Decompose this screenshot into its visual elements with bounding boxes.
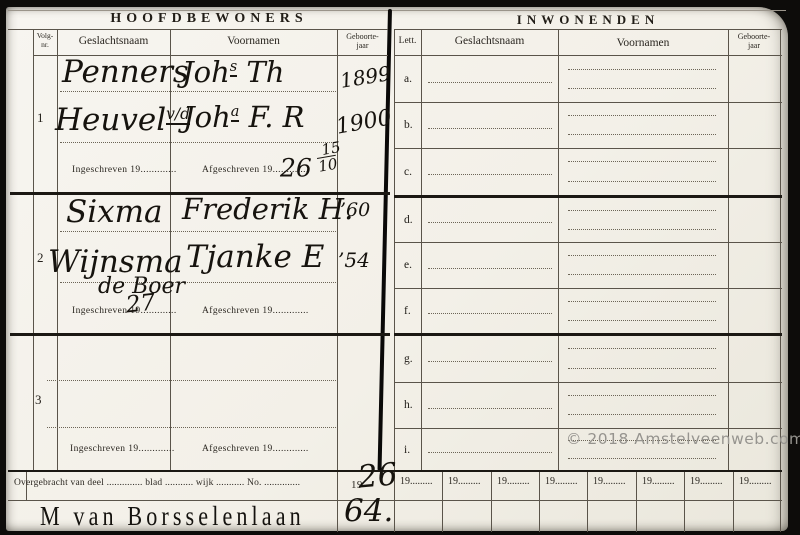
ingeschreven-date: 27 <box>125 292 157 318</box>
column-header-geboortejaar: Geboorte- jaar <box>728 32 780 50</box>
watermark: © 2018 Amstelveenweb.com <box>566 430 800 448</box>
right-page-title: INWONENDEN <box>394 12 782 28</box>
firstname-ruling <box>568 161 716 162</box>
entry-surname: Sixma <box>66 197 163 228</box>
surname-ruling <box>428 82 552 83</box>
firstname-ruling <box>568 210 716 211</box>
entry-surname: Penners <box>62 57 189 88</box>
block-separator-line <box>10 333 390 336</box>
volgnr: 2 <box>37 250 44 266</box>
overgebracht-label: Overgebracht van deel .............. bla… <box>14 478 300 488</box>
entry-surname: Heuvelv/d <box>55 105 190 136</box>
footer-cell-line <box>636 472 637 532</box>
firstname-ruling <box>568 88 716 89</box>
firstname-ruling <box>568 115 716 116</box>
firstname-ruling <box>568 458 716 459</box>
afgeschreven-date: 261510 <box>280 142 338 180</box>
entry-firstnames: Tjanke E <box>186 242 324 273</box>
entry-birthyear: ’54 <box>338 250 370 270</box>
surname-ruling <box>428 268 552 269</box>
year-cell: 19......... <box>448 476 481 487</box>
firstname-ruling <box>568 348 716 349</box>
column-header-geslachtsnaam: Geslachtsnaam <box>57 35 170 48</box>
left-page-title: HOOFDBEWONERS <box>30 11 388 27</box>
row-letter: g. <box>404 353 413 365</box>
row-letter: e. <box>404 259 412 271</box>
inwonenden-row: c. <box>394 148 782 195</box>
row-letter: c. <box>404 166 412 178</box>
column-header-volgnr: Volg- nr. <box>33 32 57 49</box>
afgeschreven-label: Afgeschreven 19............. <box>202 444 309 454</box>
ruling-line <box>60 91 336 92</box>
year-value: 26 <box>357 459 399 493</box>
entry-firstnames: Johs Th <box>182 58 284 87</box>
surname-ruling <box>428 361 552 362</box>
year-cell: 19......... <box>545 476 578 487</box>
surname-ruling <box>428 174 552 175</box>
column-header-lett: Lett. <box>394 36 421 47</box>
firstname-ruling <box>568 134 716 135</box>
footer-cell-line <box>539 472 540 532</box>
inwonenden-row: d. <box>394 197 782 242</box>
column-header-geslachtsnaam: Geslachtsnaam <box>421 35 558 48</box>
column-header-geboortejaar: Geboorte- jaar <box>337 32 388 50</box>
entry-firstnames: Frederik H. <box>182 195 353 224</box>
ingeschreven-label: Ingeschreven 19............. <box>70 444 175 454</box>
year-cell: 19......... <box>593 476 626 487</box>
footer-cell-line <box>491 472 492 532</box>
ingeschreven-label: Ingeschreven 19............. <box>72 165 177 175</box>
firstname-ruling <box>568 229 716 230</box>
table-border-line <box>33 29 34 470</box>
entry-birthyear: ’60 <box>340 201 370 220</box>
firstname-ruling <box>568 395 716 396</box>
ruling-line <box>60 231 336 232</box>
row-letter: d. <box>404 214 413 226</box>
firstname-ruling <box>568 181 716 182</box>
year-cell: 19......... <box>739 476 772 487</box>
entry-firstnames: Joha F. R <box>183 103 305 132</box>
surname-ruling <box>428 222 552 223</box>
year-cell: 19......... <box>497 476 530 487</box>
register-scan: HOOFDBEWONERS Volg- nr. Geslachtsnaam Vo… <box>0 0 800 535</box>
afgeschreven-label: Afgeschreven 19............. <box>202 306 309 316</box>
row-letter: b. <box>404 119 413 131</box>
house-number: 64. <box>344 496 393 527</box>
firstname-ruling <box>568 414 716 415</box>
inwonenden-row: f. <box>394 288 782 333</box>
firstname-ruling <box>568 274 716 275</box>
inwonenden-row: h. <box>394 382 782 428</box>
header-line <box>8 29 388 30</box>
street-name-stamp: M van Borsselenlaan <box>40 501 305 532</box>
column-header-voornamen: Voornamen <box>170 35 337 48</box>
firstname-ruling <box>568 320 716 321</box>
volgnr: 1 <box>37 110 44 126</box>
header-line <box>394 29 782 30</box>
date-fraction: 1510 <box>316 141 340 174</box>
year-cell: 19......... <box>642 476 675 487</box>
inwonenden-row: g. <box>394 335 782 382</box>
footer-cell-line <box>587 472 588 532</box>
footer-cell-line <box>733 472 734 532</box>
firstname-ruling <box>568 69 716 70</box>
firstname-ruling <box>568 301 716 302</box>
surname-ruling <box>428 452 552 453</box>
surname-ruling <box>428 313 552 314</box>
row-letter: i. <box>404 444 410 456</box>
surname-ruling <box>428 408 552 409</box>
year-cell: 19......... <box>690 476 723 487</box>
inwonenden-row: b. <box>394 102 782 148</box>
footer-cell-line <box>337 472 338 532</box>
volgnr: 3 <box>35 392 42 408</box>
ruling-line <box>47 380 336 381</box>
column-header-voornamen: Voornamen <box>558 37 728 50</box>
firstname-ruling <box>568 255 716 256</box>
row-letter: a. <box>404 73 412 85</box>
inwonenden-row: a. <box>394 56 782 102</box>
row-letter: f. <box>404 305 411 317</box>
footer-cell-line <box>684 472 685 532</box>
inwonenden-row: e. <box>394 242 782 288</box>
row-letter: h. <box>404 399 413 411</box>
firstname-ruling <box>568 368 716 369</box>
surname-ruling <box>428 128 552 129</box>
year-cell: 19......... <box>400 476 433 487</box>
ingeschreven-label: Ingeschreven 19............. <box>72 306 177 316</box>
ruling-line <box>47 427 336 428</box>
footer-cell-line <box>442 472 443 532</box>
